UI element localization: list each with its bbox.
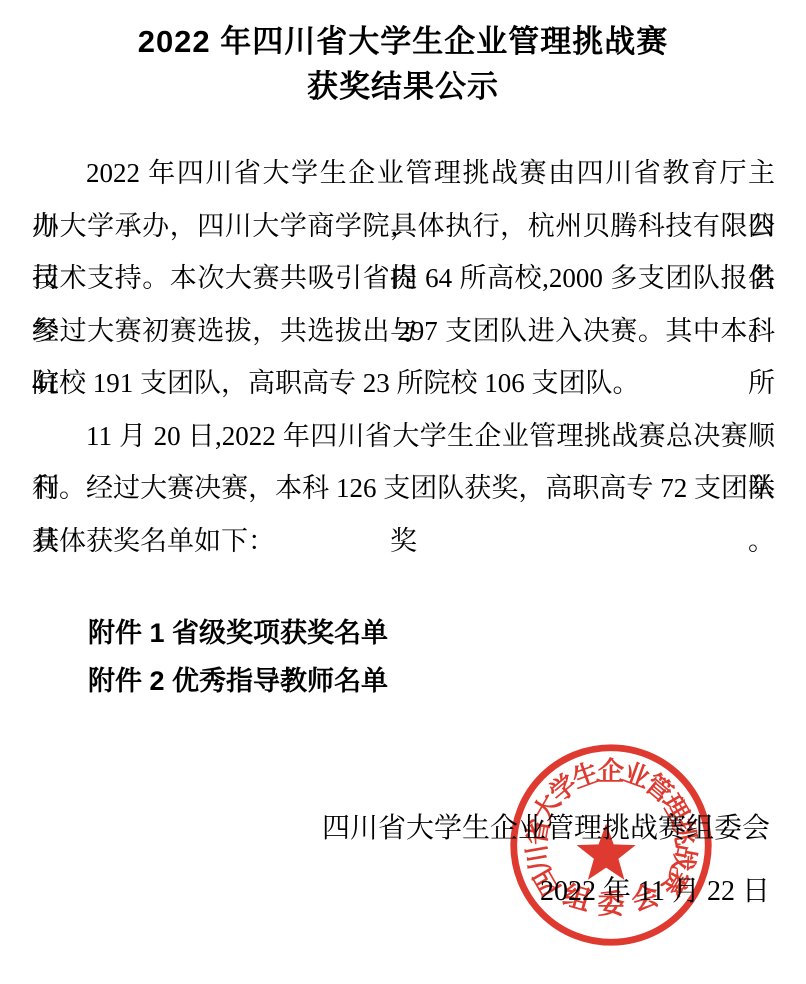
document-title-line-1: 2022 年四川省大学生企业管理挑战赛 bbox=[0, 16, 806, 61]
body-line: 2022 年四川省大学生企业管理挑战赛由四川省教育厅主办，四 bbox=[32, 147, 775, 200]
seal-char: 企 bbox=[598, 756, 625, 786]
seal-char: 管 bbox=[639, 768, 678, 808]
seal-char: 学 bbox=[544, 769, 583, 808]
body-line: 行。经过大赛决赛，本科 126 支团队获奖，高职高专 72 支团队获奖。 bbox=[32, 462, 775, 515]
signature-date: 2022 年 11 月 22 日 bbox=[540, 869, 770, 909]
body-line: 川大学承办，四川大学商学院具体执行，杭州贝腾科技有限公司提供 bbox=[32, 200, 775, 253]
document-body: 2022 年四川省大学生企业管理挑战赛由四川省教育厅主办，四 川大学承办，四川大… bbox=[32, 147, 775, 567]
body-line: 技术支持。本次大赛共吸引省内 64 所高校,2000 多支团队报名参与。 bbox=[32, 252, 775, 305]
attachment-item-2: 附件 2 优秀指导教师名单 bbox=[88, 657, 388, 705]
attachment-item-1: 附件 1 省级奖项获奖名单 bbox=[88, 609, 388, 657]
body-line: 经过大赛初赛选拔，共选拔出 297 支团队进入决赛。其中本科 41 所 bbox=[32, 305, 775, 358]
body-line: 11 月 20 日,2022 年四川省大学生企业管理挑战赛总决赛顺利举 bbox=[32, 410, 775, 463]
seal-char: 业 bbox=[619, 758, 654, 794]
document-title-line-2: 获奖结果公示 bbox=[0, 61, 806, 106]
seal-char: 生 bbox=[569, 758, 604, 794]
attachment-list: 附件 1 省级奖项获奖名单 附件 2 优秀指导教师名单 bbox=[88, 609, 388, 705]
announcement-document: 2022 年四川省大学生企业管理挑战赛 获奖结果公示 2022 年四川省大学生企… bbox=[0, 0, 806, 984]
signature-organization: 四川省大学生企业管理挑战赛组委会 bbox=[322, 806, 770, 846]
